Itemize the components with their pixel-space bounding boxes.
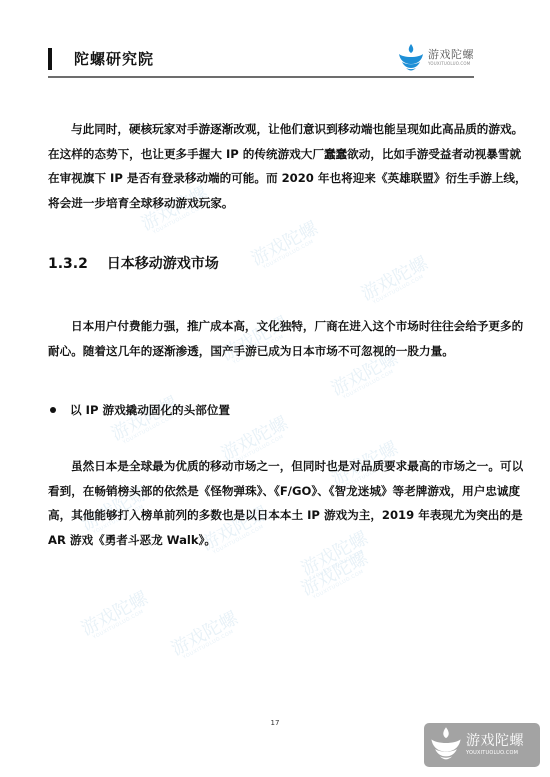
text-line: 在这样的态势下，也让更多手握大 IP 的传统游戏大厂蠢蠢欲动，比如手游受益者动视… bbox=[48, 142, 504, 167]
text-line: 在审视旗下 IP 是否有登录移动端的可能。而 2020 年也将迎来《英雄联盟》衍… bbox=[48, 166, 504, 191]
text-line: 高，其他能够打入榜单前列的多数也是以日本本土 IP 游戏为主，2019 年表现尤… bbox=[48, 503, 504, 528]
section-heading: 1.3.2 日本移动游戏市场 bbox=[48, 253, 219, 273]
text-line: 日本用户付费能力强，推广成本高，文化独特，厂商在进入这个市场时往往会给予更多的 bbox=[48, 314, 504, 339]
text-line: 虽然日本是全球最为优质的移动市场之一，但同时也是对品质要求最高的市场之一。可以 bbox=[48, 454, 504, 479]
watermark: 游戏陀螺YOUXITUOLUO.COM bbox=[169, 609, 243, 663]
watermark: 游戏陀螺YOUXITUOLUO.COM bbox=[359, 254, 433, 308]
section-title: 日本移动游戏市场 bbox=[107, 256, 219, 272]
page-header: 陀螺研究院 游戏陀螺 YOUXITUOLUO.COM bbox=[48, 40, 474, 78]
bullet-item: 以 IP 游戏撬动固化的头部位置 bbox=[50, 402, 230, 418]
watermark: 游戏陀螺YOUXITUOLUO.COM bbox=[299, 549, 373, 603]
header-logo: 游戏陀螺 YOUXITUOLUO.COM bbox=[398, 42, 474, 72]
gyro-logo-icon bbox=[430, 726, 462, 764]
section-number: 1.3.2 bbox=[48, 256, 88, 272]
gyro-logo-icon bbox=[398, 43, 424, 71]
watermark: 游戏陀螺YOUXITUOLUO.COM bbox=[249, 219, 323, 273]
paragraph-1: 与此同时，硬核玩家对手游逐渐改观，让他们意识到移动端也能呈现如此高品质的游戏。 … bbox=[48, 117, 504, 215]
brand-badge: 游戏陀螺 YOUXITUOLUO.COM bbox=[424, 723, 540, 767]
header-title: 陀螺研究院 bbox=[74, 48, 154, 69]
logo-name-cn: 游戏陀螺 bbox=[428, 49, 474, 60]
badge-name-en: YOUXITUOLUO.COM bbox=[466, 751, 524, 756]
text-line: 耐心。随着这几年的逐渐渗透，国产手游已成为日本市场不可忽视的一股力量。 bbox=[48, 339, 504, 364]
bullet-text: 以 IP 游戏撬动固化的头部位置 bbox=[70, 402, 230, 418]
text-line: 看到，在畅销榜头部的依然是《怪物弹珠》、《F/GO》、《智龙迷城》等老牌游戏，用… bbox=[48, 479, 504, 504]
document-page: 游戏陀螺YOUXITUOLUO.COM 游戏陀螺YOUXITUOLUO.COM … bbox=[0, 0, 550, 777]
text-line: 与此同时，硬核玩家对手游逐渐改观，让他们意识到移动端也能呈现如此高品质的游戏。 bbox=[48, 117, 504, 142]
text-line: 将会进一步培育全球移动游戏玩家。 bbox=[48, 191, 504, 216]
paragraph-3: 虽然日本是全球最为优质的移动市场之一，但同时也是对品质要求最高的市场之一。可以 … bbox=[48, 454, 504, 552]
paragraph-2: 日本用户付费能力强，推广成本高，文化独特，厂商在进入这个市场时往往会给予更多的 … bbox=[48, 314, 504, 363]
text-line: AR 游戏《勇者斗恶龙 Walk》。 bbox=[48, 528, 504, 553]
header-divider bbox=[48, 76, 474, 78]
logo-name-en: YOUXITUOLUO.COM bbox=[428, 62, 474, 66]
bullet-dot-icon bbox=[50, 407, 56, 413]
watermark: 游戏陀螺YOUXITUOLUO.COM bbox=[79, 589, 153, 643]
header-accent-bar bbox=[48, 48, 52, 70]
badge-name-cn: 游戏陀螺 bbox=[466, 734, 524, 748]
